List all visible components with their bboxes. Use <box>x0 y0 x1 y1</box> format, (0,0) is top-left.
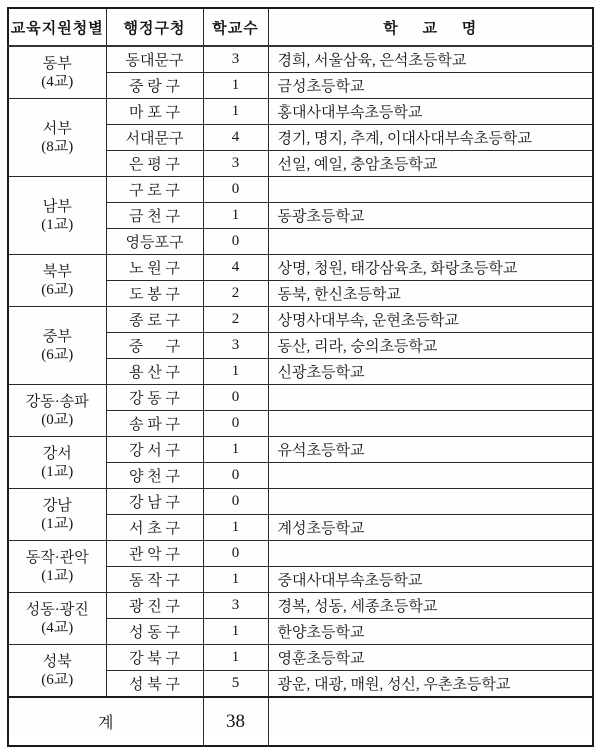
school-count-cell: 1 <box>203 437 268 463</box>
office-name: 성북 <box>9 653 106 671</box>
school-count-cell: 1 <box>203 567 268 593</box>
district-cell: 강 북 구 <box>106 645 203 671</box>
school-names-cell: 경희, 서울삼육, 은석초등학교 <box>268 46 593 73</box>
office-school-count-label: (1교) <box>9 216 106 234</box>
school-count-cell: 2 <box>203 281 268 307</box>
office-group-cell: 서부(8교) <box>8 99 106 177</box>
school-count-cell: 4 <box>203 255 268 281</box>
office-group-cell: 성북(6교) <box>8 645 106 698</box>
office-school-count-label: (4교) <box>9 73 106 91</box>
school-names-cell: 동산, 리라, 숭의초등학교 <box>268 333 593 359</box>
office-school-count-label: (6교) <box>9 281 106 299</box>
school-count-cell: 1 <box>203 203 268 229</box>
district-cell: 은 평 구 <box>106 151 203 177</box>
office-name: 서부 <box>9 120 106 138</box>
school-names-cell: 유석초등학교 <box>268 437 593 463</box>
school-names-cell <box>268 463 593 489</box>
table-row: 강동·송파(0교)강 동 구0 <box>8 385 593 411</box>
school-count-cell: 4 <box>203 125 268 151</box>
district-cell: 마 포 구 <box>106 99 203 125</box>
school-count-cell: 1 <box>203 645 268 671</box>
col-header-office: 교육지원청별 <box>8 8 106 46</box>
school-count-cell: 1 <box>203 73 268 99</box>
office-group-cell: 동작·관악(1교) <box>8 541 106 593</box>
total-schools-cell <box>268 697 593 746</box>
school-count-cell: 0 <box>203 229 268 255</box>
school-names-cell <box>268 385 593 411</box>
district-cell: 금 천 구 <box>106 203 203 229</box>
col-header-count: 학교수 <box>203 8 268 46</box>
office-group-cell: 강동·송파(0교) <box>8 385 106 437</box>
table-row: 강서(1교)강 서 구1유석초등학교 <box>8 437 593 463</box>
school-names-cell: 경기, 명지, 추계, 이대사대부속초등학교 <box>268 125 593 151</box>
school-count-cell: 1 <box>203 359 268 385</box>
school-count-cell: 1 <box>203 515 268 541</box>
school-names-cell: 선일, 예일, 충암초등학교 <box>268 151 593 177</box>
school-count-cell: 0 <box>203 385 268 411</box>
school-names-cell <box>268 177 593 203</box>
school-names-cell <box>268 411 593 437</box>
header-row: 교육지원청별 행정구청 학교수 학 교 명 <box>8 8 593 46</box>
table-row: 성북(6교)강 북 구1영훈초등학교 <box>8 645 593 671</box>
office-name: 성동·광진 <box>9 601 106 619</box>
table-row: 중부(6교)종 로 구2상명사대부속, 운현초등학교 <box>8 307 593 333</box>
district-cell: 종 로 구 <box>106 307 203 333</box>
district-cell: 서 초 구 <box>106 515 203 541</box>
office-school-count-label: (0교) <box>9 411 106 429</box>
school-count-cell: 0 <box>203 411 268 437</box>
total-count-cell: 38 <box>203 697 268 746</box>
school-count-cell: 1 <box>203 99 268 125</box>
district-cell: 동 작 구 <box>106 567 203 593</box>
school-count-cell: 5 <box>203 671 268 698</box>
school-names-cell: 영훈초등학교 <box>268 645 593 671</box>
school-count-cell: 3 <box>203 151 268 177</box>
school-count-cell: 3 <box>203 593 268 619</box>
school-names-cell: 계성초등학교 <box>268 515 593 541</box>
office-group-cell: 중부(6교) <box>8 307 106 385</box>
school-names-cell <box>268 229 593 255</box>
school-names-cell: 상명, 청원, 태강삼육초, 화랑초등학교 <box>268 255 593 281</box>
district-cell: 강 남 구 <box>106 489 203 515</box>
office-group-cell: 남부(1교) <box>8 177 106 255</box>
office-group-cell: 강서(1교) <box>8 437 106 489</box>
school-names-cell: 상명사대부속, 운현초등학교 <box>268 307 593 333</box>
district-cell: 서대문구 <box>106 125 203 151</box>
office-group-cell: 북부(6교) <box>8 255 106 307</box>
total-label-cell: 계 <box>8 697 203 746</box>
school-names-cell: 한양초등학교 <box>268 619 593 645</box>
school-count-cell: 0 <box>203 463 268 489</box>
table-row: 동부(4교)동대문구3경희, 서울삼육, 은석초등학교 <box>8 46 593 73</box>
school-names-cell: 홍대사대부속초등학교 <box>268 99 593 125</box>
school-names-cell: 동북, 한신초등학교 <box>268 281 593 307</box>
office-school-count-label: (4교) <box>9 619 106 637</box>
school-distribution-table: 교육지원청별 행정구청 학교수 학 교 명 동부(4교)동대문구3경희, 서울삼… <box>7 7 594 747</box>
office-name: 북부 <box>9 263 106 281</box>
office-school-count-label: (6교) <box>9 671 106 689</box>
school-names-cell: 광운, 대광, 매원, 성신, 우촌초등학교 <box>268 671 593 698</box>
office-name: 강남 <box>9 497 106 515</box>
district-cell: 강 서 구 <box>106 437 203 463</box>
office-school-count-label: (1교) <box>9 567 106 585</box>
table-row: 강남(1교)강 남 구0 <box>8 489 593 515</box>
school-count-cell: 0 <box>203 177 268 203</box>
office-name: 남부 <box>9 198 106 216</box>
office-name: 동부 <box>9 55 106 73</box>
school-names-cell: 동광초등학교 <box>268 203 593 229</box>
office-group-cell: 강남(1교) <box>8 489 106 541</box>
district-cell: 영등포구 <box>106 229 203 255</box>
district-cell: 강 동 구 <box>106 385 203 411</box>
school-count-cell: 2 <box>203 307 268 333</box>
district-cell: 동대문구 <box>106 46 203 73</box>
district-cell: 도 봉 구 <box>106 281 203 307</box>
school-count-cell: 0 <box>203 489 268 515</box>
total-row: 계38 <box>8 697 593 746</box>
table-row: 북부(6교)노 원 구4상명, 청원, 태강삼육초, 화랑초등학교 <box>8 255 593 281</box>
district-cell: 용 산 구 <box>106 359 203 385</box>
table-row: 남부(1교)구 로 구0 <box>8 177 593 203</box>
school-names-cell: 중대사대부속초등학교 <box>268 567 593 593</box>
document-page: 교육지원청별 행정구청 학교수 학 교 명 동부(4교)동대문구3경희, 서울삼… <box>0 0 600 737</box>
school-count-cell: 1 <box>203 619 268 645</box>
district-cell: 양 천 구 <box>106 463 203 489</box>
office-name: 중부 <box>9 328 106 346</box>
table-row: 서부(8교)마 포 구1홍대사대부속초등학교 <box>8 99 593 125</box>
office-group-cell: 성동·광진(4교) <box>8 593 106 645</box>
office-school-count-label: (1교) <box>9 463 106 481</box>
school-count-cell: 3 <box>203 333 268 359</box>
school-names-cell <box>268 541 593 567</box>
district-cell: 송 파 구 <box>106 411 203 437</box>
district-cell: 구 로 구 <box>106 177 203 203</box>
district-cell: 광 진 구 <box>106 593 203 619</box>
office-name: 강서 <box>9 445 106 463</box>
school-count-cell: 0 <box>203 541 268 567</box>
col-header-school-names: 학 교 명 <box>268 8 593 46</box>
district-cell: 관 악 구 <box>106 541 203 567</box>
school-names-cell: 경복, 성동, 세종초등학교 <box>268 593 593 619</box>
table-header: 교육지원청별 행정구청 학교수 학 교 명 <box>8 8 593 46</box>
district-cell: 성 동 구 <box>106 619 203 645</box>
office-school-count-label: (8교) <box>9 138 106 156</box>
office-name: 강동·송파 <box>9 393 106 411</box>
school-names-cell <box>268 489 593 515</box>
table-row: 성동·광진(4교)광 진 구3경복, 성동, 세종초등학교 <box>8 593 593 619</box>
school-names-cell: 신광초등학교 <box>268 359 593 385</box>
district-cell: 중 구 <box>106 333 203 359</box>
district-cell: 중 랑 구 <box>106 73 203 99</box>
district-cell: 성 북 구 <box>106 671 203 698</box>
office-school-count-label: (1교) <box>9 515 106 533</box>
office-school-count-label: (6교) <box>9 346 106 364</box>
school-count-cell: 3 <box>203 46 268 73</box>
table-body: 동부(4교)동대문구3경희, 서울삼육, 은석초등학교중 랑 구1금성초등학교서… <box>8 46 593 746</box>
district-cell: 노 원 구 <box>106 255 203 281</box>
school-names-cell: 금성초등학교 <box>268 73 593 99</box>
office-name: 동작·관악 <box>9 549 106 567</box>
office-group-cell: 동부(4교) <box>8 46 106 99</box>
table-row: 동작·관악(1교)관 악 구0 <box>8 541 593 567</box>
col-header-district: 행정구청 <box>106 8 203 46</box>
